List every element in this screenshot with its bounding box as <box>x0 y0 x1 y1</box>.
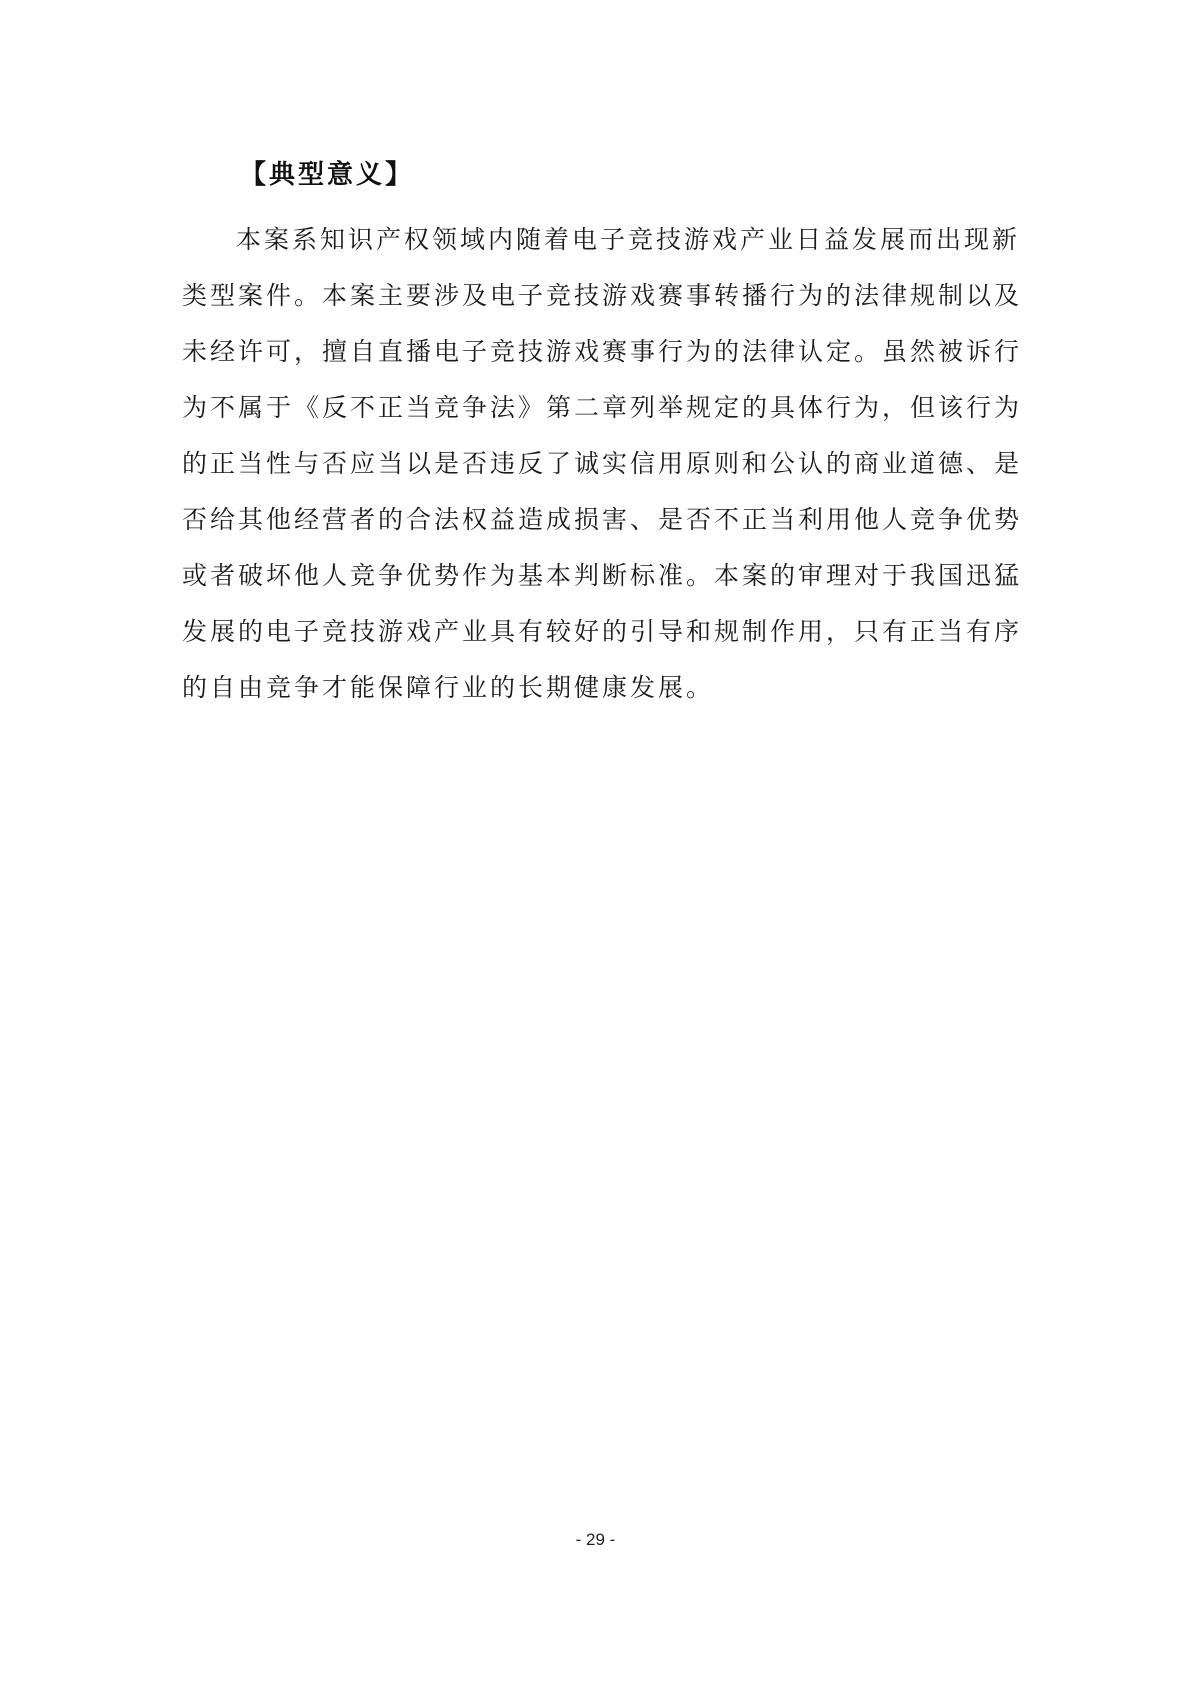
paragraph-line: 否给其他经营者的合法权益造成损害、是否不正当利用他人竞争优势 <box>182 492 1026 548</box>
paragraph-line: 为不属于《反不正当竞争法》第二章列举规定的具体行为，但该行为 <box>182 380 1026 436</box>
page-number: - 29 - <box>0 1530 1191 1550</box>
paragraph-line: 的自由竞争才能保障行业的长期健康发展。 <box>182 660 1026 716</box>
paragraph-line: 类型案件。本案主要涉及电子竞技游戏赛事转播行为的法律规制以及 <box>182 268 1026 324</box>
paragraph-line: 本案系知识产权领域内随着电子竞技游戏产业日益发展而出现新 <box>182 212 1026 268</box>
body-paragraph: 本案系知识产权领域内随着电子竞技游戏产业日益发展而出现新 类型案件。本案主要涉及… <box>182 212 1026 716</box>
paragraph-line: 发展的电子竞技游戏产业具有较好的引导和规制作用，只有正当有序 <box>182 604 1026 660</box>
document-page: 【典型意义】 本案系知识产权领域内随着电子竞技游戏产业日益发展而出现新 类型案件… <box>0 0 1191 1684</box>
paragraph-line: 或者破坏他人竞争优势作为基本判断标准。本案的审理对于我国迅猛 <box>182 548 1026 604</box>
paragraph-line: 未经许可，擅自直播电子竞技游戏赛事行为的法律认定。虽然被诉行 <box>182 324 1026 380</box>
section-heading: 【典型意义】 <box>240 157 414 193</box>
paragraph-line: 的正当性与否应当以是否违反了诚实信用原则和公认的商业道德、是 <box>182 436 1026 492</box>
